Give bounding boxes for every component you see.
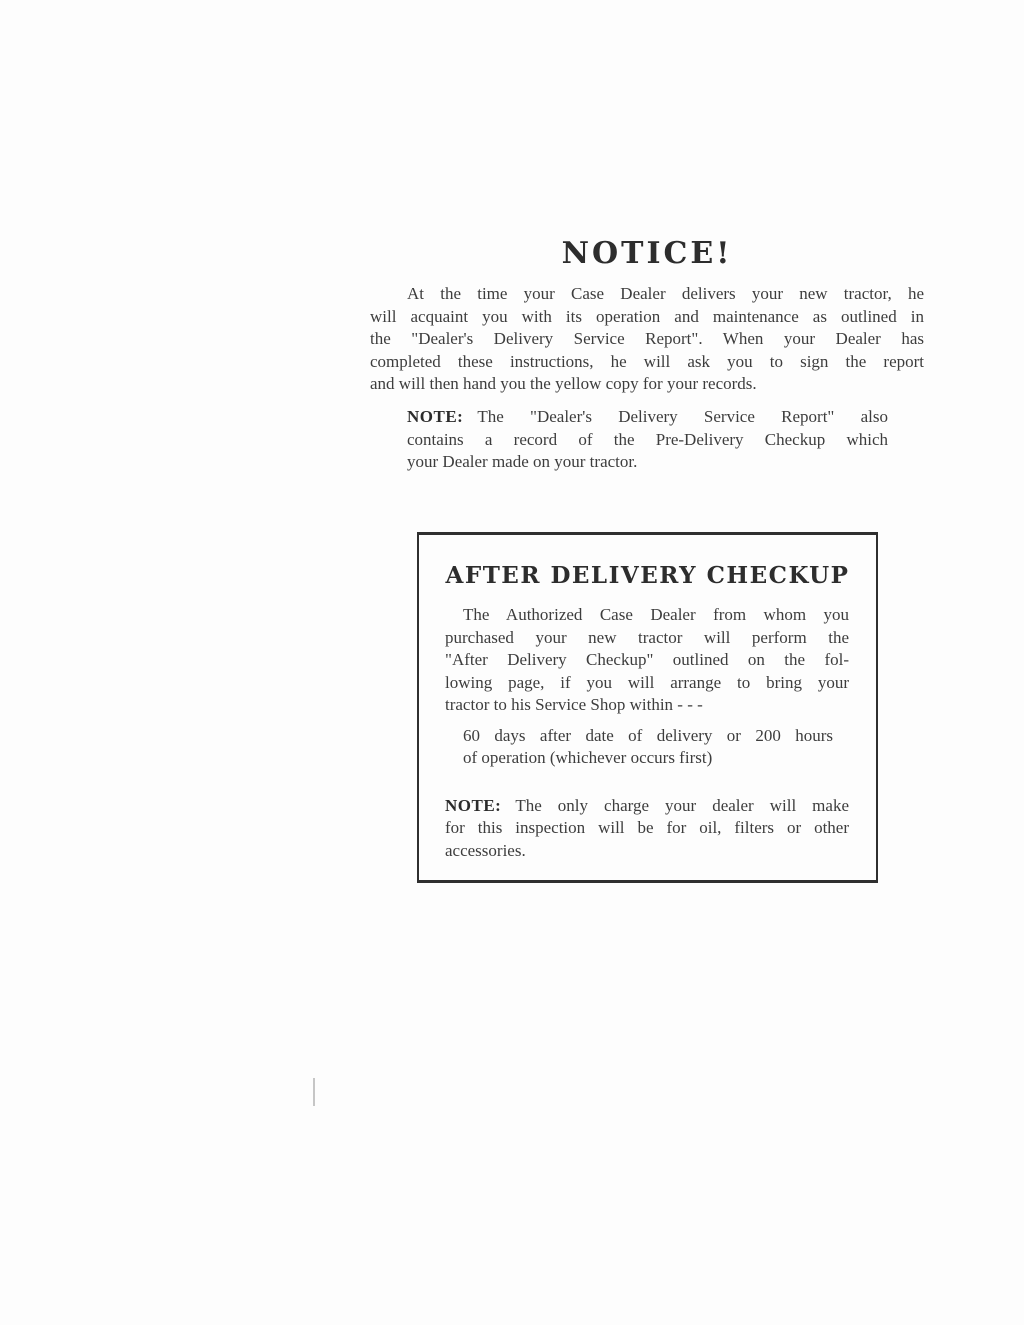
- text-line: and will then hand you the yellow copy f…: [370, 373, 924, 396]
- text-line: will acquaint you with its operation and…: [370, 306, 924, 329]
- note-label: NOTE:: [407, 407, 477, 426]
- dealer-report-note: NOTE:The "Dealer's Delivery Service Repo…: [407, 406, 888, 474]
- note-lines: for this inspection will be for oil, fil…: [445, 817, 849, 862]
- box-note: NOTE:The only charge your dealer will ma…: [445, 795, 849, 863]
- text-line: 60 days after date of delivery or 200 ho…: [463, 725, 833, 748]
- text-line: tractor to his Service Shop within - - -: [445, 694, 849, 717]
- note-label: NOTE:: [445, 796, 515, 815]
- text-line: of operation (whichever occurs first): [463, 747, 833, 770]
- manual-page: NOTICE! At the time your Case Dealer del…: [0, 0, 1024, 1325]
- page-title: NOTICE!: [370, 236, 924, 271]
- note-lines: contains a record of the Pre-Delivery Ch…: [407, 429, 888, 474]
- text-line: accessories.: [445, 840, 849, 863]
- text-line: completed these instructions, he will as…: [370, 351, 924, 374]
- note-first-line-text: The "Dealer's Delivery Service Report" a…: [477, 407, 888, 426]
- text-line: for this inspection will be for oil, fil…: [445, 817, 849, 840]
- intro-paragraph: At the time your Case Dealer delivers yo…: [370, 283, 924, 396]
- scan-artifact-line: [313, 1078, 315, 1106]
- note-first-line: NOTE:The "Dealer's Delivery Service Repo…: [407, 406, 888, 429]
- box-terms-paragraph: 60 days after date of delivery or 200 ho…: [463, 725, 833, 770]
- note-first-line-text: The only charge your dealer will make: [515, 796, 849, 815]
- text-line: contains a record of the Pre-Delivery Ch…: [407, 429, 888, 452]
- text-line: purchased your new tractor will perform …: [445, 627, 849, 650]
- text-line: At the time your Case Dealer delivers yo…: [370, 283, 924, 306]
- text-line: "After Delivery Checkup" outlined on the…: [445, 649, 849, 672]
- text-line: your Dealer made on your tractor.: [407, 451, 888, 474]
- text-line: the "Dealer's Delivery Service Report". …: [370, 328, 924, 351]
- after-delivery-checkup-box: AFTER DELIVERY CHECKUP The Authorized Ca…: [417, 532, 878, 883]
- text-line: lowing page, if you will arrange to brin…: [445, 672, 849, 695]
- note-first-line: NOTE:The only charge your dealer will ma…: [445, 795, 849, 818]
- box-body-paragraph: The Authorized Case Dealer from whom you…: [445, 604, 849, 717]
- text-line: The Authorized Case Dealer from whom you: [445, 604, 849, 627]
- box-title: AFTER DELIVERY CHECKUP: [419, 562, 876, 589]
